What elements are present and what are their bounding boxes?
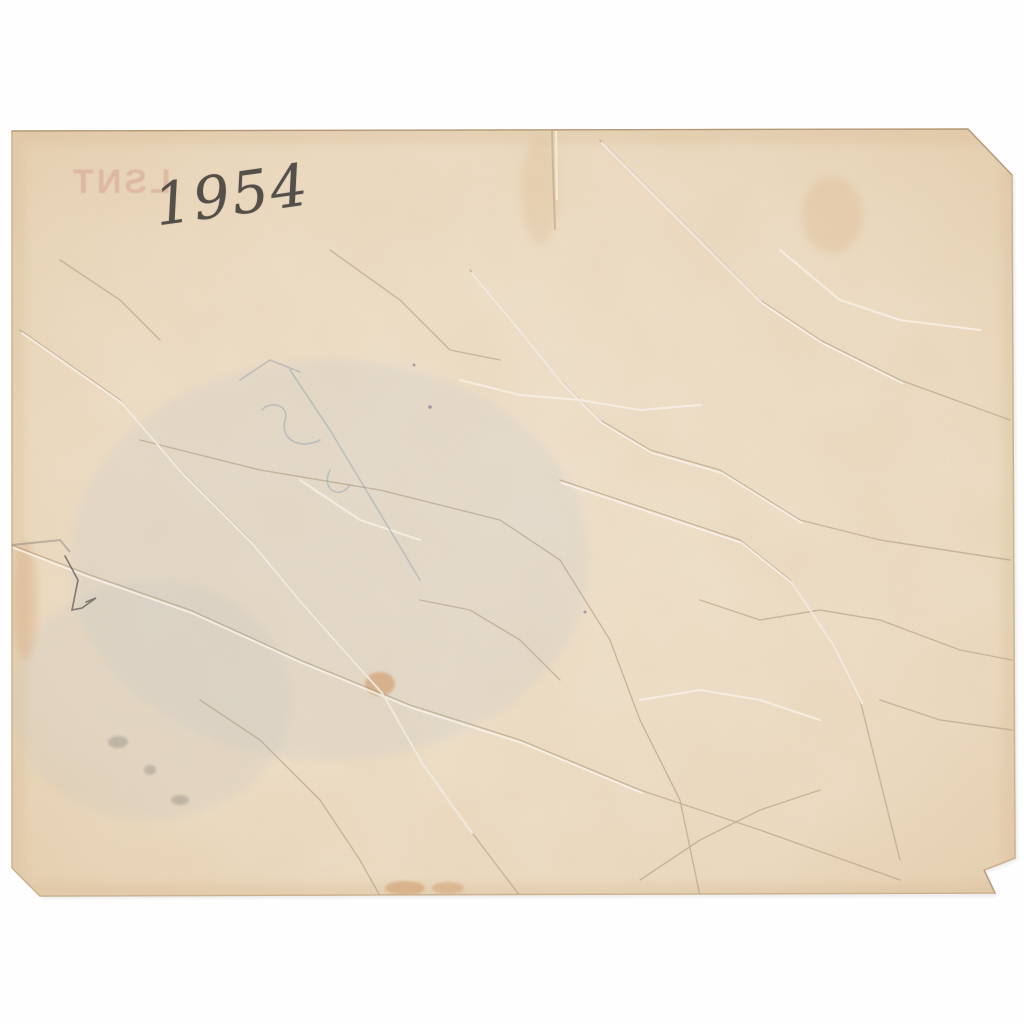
scan-canvas: LSNT 1954 [0, 0, 1024, 1024]
paper-sheet: LSNT 1954 [0, 0, 1024, 1024]
paper-texture [0, 0, 1024, 1024]
